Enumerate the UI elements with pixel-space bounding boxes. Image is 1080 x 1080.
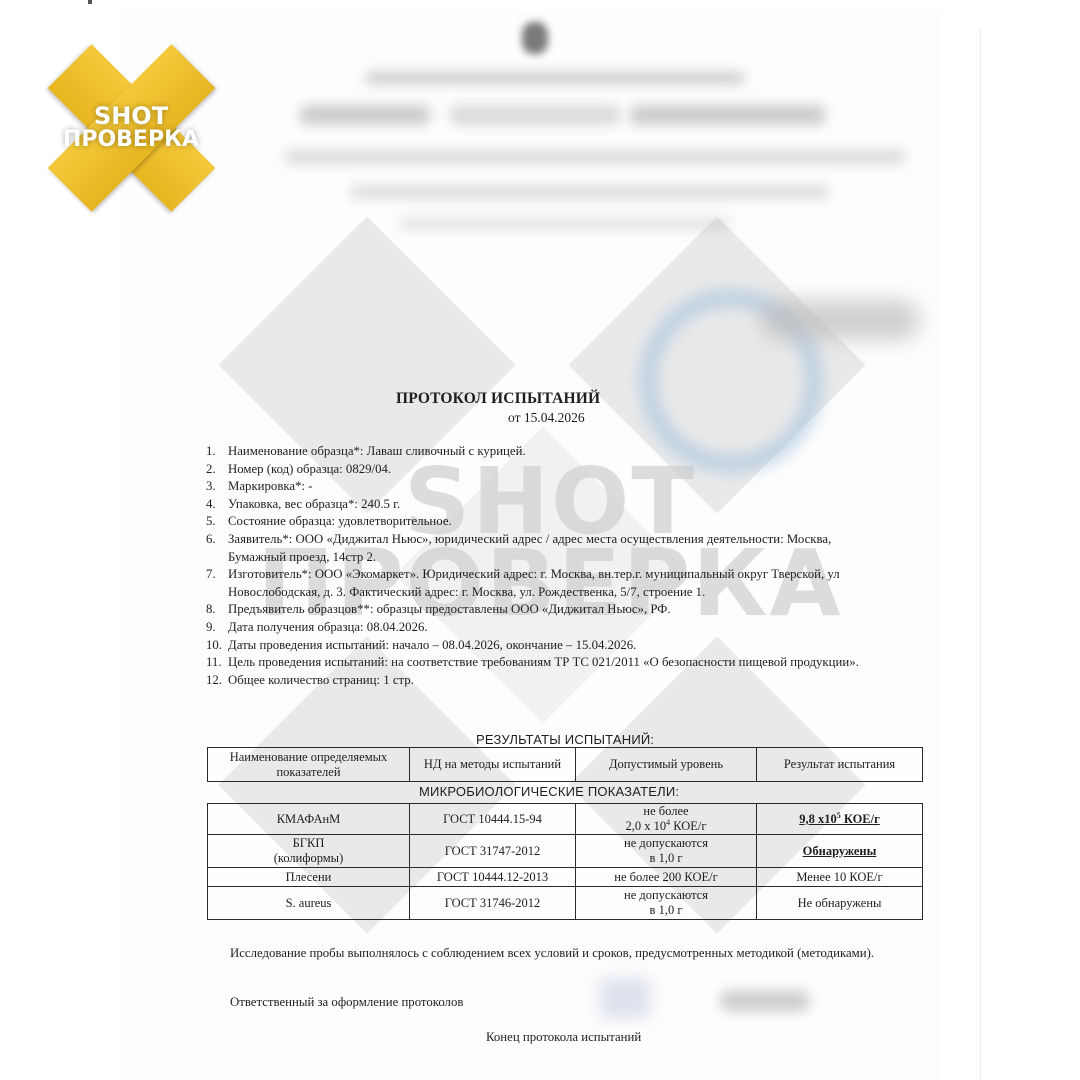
item-number: 3. <box>206 478 228 496</box>
document-date: от 15.04.2026 <box>508 410 585 426</box>
list-item: 3.Маркировка*: - <box>206 478 886 496</box>
item-text: Даты проведения испытаний: начало – 08.0… <box>228 637 886 655</box>
indicator-cell: Плесени <box>208 868 410 887</box>
end-of-protocol: Конец протокола испытаний <box>486 1030 641 1045</box>
logo-line2: ПРОВЕРКА <box>46 129 216 151</box>
emblem-icon <box>522 22 548 54</box>
redacted-header-line <box>365 72 745 84</box>
item-number: 11. <box>206 654 228 672</box>
limit-text: не допускаются <box>624 888 708 902</box>
item-text: Наименование образца*: Лаваш сливочный с… <box>228 443 886 461</box>
indicator-cell: КМАФАнМ <box>208 804 410 835</box>
list-item: 12.Общее количество страниц: 1 стр. <box>206 672 886 690</box>
section-title: МИКРОБИОЛОГИЧЕСКИЕ ПОКАЗАТЕЛИ: <box>419 784 679 799</box>
item-number: 9. <box>206 619 228 637</box>
item-text: Заявитель*: ООО «Диджитал Ньюс», юридиче… <box>228 531 886 566</box>
sample-info-list: 1.Наименование образца*: Лаваш сливочный… <box>206 443 886 689</box>
table-row: КМАФАнМ ГОСТ 10444.15-94 не более 2,0 х … <box>208 804 923 835</box>
list-item: 7.Изготовитель*: ООО «Экомаркет». Юридич… <box>206 566 886 601</box>
indicator-cell: S. aureus <box>208 887 410 920</box>
method-cell: ГОСТ 31747-2012 <box>410 835 576 868</box>
logo-line1: SHOT <box>46 104 216 128</box>
item-number: 1. <box>206 443 228 461</box>
item-number: 12. <box>206 672 228 690</box>
method-cell: ГОСТ 31746-2012 <box>410 887 576 920</box>
method-cell: ГОСТ 10444.15-94 <box>410 804 576 835</box>
item-number: 8. <box>206 601 228 619</box>
method-cell: ГОСТ 10444.12-2013 <box>410 868 576 887</box>
list-item: 2.Номер (код) образца: 0829/04. <box>206 461 886 479</box>
limit-unit: КОЕ/г <box>670 819 706 833</box>
limit-text: в 1,0 г <box>650 903 683 917</box>
item-text: Состояние образца: удовлетворительное. <box>228 513 886 531</box>
limit-text: 2,0 х 10 <box>625 819 666 833</box>
redacted-header-line <box>300 105 430 125</box>
redacted-signature <box>720 990 810 1012</box>
list-item: 10.Даты проведения испытаний: начало – 0… <box>206 637 886 655</box>
result-value: 9,8 х10 <box>799 812 837 826</box>
shot-proverka-logo: SHOT ПРОВЕРКА <box>50 48 212 208</box>
document-title: ПРОТОКОЛ ИСПЫТАНИЙ <box>396 390 600 408</box>
results-table: КМАФАнМ ГОСТ 10444.15-94 не более 2,0 х … <box>207 803 923 920</box>
redacted-header-line <box>400 218 730 230</box>
corner-mark <box>88 0 92 4</box>
result-cell: 9,8 х105 КОЕ/г <box>757 804 923 835</box>
limit-cell: не допускаются в 1,0 г <box>576 887 757 920</box>
item-number: 7. <box>206 566 228 601</box>
header-cell: Результат испытания <box>757 748 923 782</box>
header-cell: Допустимый уровень <box>576 748 757 782</box>
responsible-label: Ответственный за оформление протоколов <box>230 995 463 1010</box>
result-cell: Не обнаружены <box>757 887 923 920</box>
item-number: 5. <box>206 513 228 531</box>
item-text: Изготовитель*: ООО «Экомаркет». Юридичес… <box>228 566 886 601</box>
list-item: 9.Дата получения образца: 08.04.2026. <box>206 619 886 637</box>
redacted-stamp <box>600 978 650 1018</box>
redacted-header-line <box>350 185 830 199</box>
header-cell: НД на методы испытаний <box>410 748 576 782</box>
limit-text: не более <box>643 804 688 818</box>
list-item: 5.Состояние образца: удовлетворительное. <box>206 513 886 531</box>
results-title: РЕЗУЛЬТАТЫ ИСПЫТАНИЙ: <box>476 732 654 747</box>
result-cell: Менее 10 КОЕ/г <box>757 868 923 887</box>
limit-cell: не допускаются в 1,0 г <box>576 835 757 868</box>
redacted-header-line <box>630 105 825 125</box>
result-exceeded: 9,8 х105 КОЕ/г <box>799 812 880 826</box>
list-item: 1.Наименование образца*: Лаваш сливочный… <box>206 443 886 461</box>
list-item: 8.Предъявитель образцов**: образцы предо… <box>206 601 886 619</box>
item-text: Упаковка, вес образца*: 240.5 г. <box>228 496 886 514</box>
list-item: 11.Цель проведения испытаний: на соответ… <box>206 654 886 672</box>
page-edge <box>980 28 981 1080</box>
redacted-header-line <box>450 105 620 125</box>
indicator-text: БГКП <box>293 836 325 850</box>
limit-cell: не более 2,0 х 104 КОЕ/г <box>576 804 757 835</box>
item-number: 4. <box>206 496 228 514</box>
table-row: Плесени ГОСТ 10444.12-2013 не более 200 … <box>208 868 923 887</box>
item-text: Цель проведения испытаний: на соответств… <box>228 654 886 672</box>
limit-text: в 1,0 г <box>650 851 683 865</box>
limit-cell: не более 200 КОЕ/г <box>576 868 757 887</box>
item-text: Номер (код) образца: 0829/04. <box>228 461 886 479</box>
limit-text: не допускаются <box>624 836 708 850</box>
result-exceeded: Обнаружены <box>803 844 877 858</box>
indicator-cell: БГКП (колиформы) <box>208 835 410 868</box>
list-item: 4.Упаковка, вес образца*: 240.5 г. <box>206 496 886 514</box>
redacted-signature <box>760 300 920 340</box>
item-text: Предъявитель образцов**: образцы предост… <box>228 601 886 619</box>
indicator-text: (колиформы) <box>274 851 344 865</box>
item-number: 2. <box>206 461 228 479</box>
item-number: 10. <box>206 637 228 655</box>
header-cell: Наименование определяемых показателей <box>208 748 410 782</box>
table-row: S. aureus ГОСТ 31746-2012 не допускаются… <box>208 887 923 920</box>
item-text: Дата получения образца: 08.04.2026. <box>228 619 886 637</box>
compliance-note: Исследование пробы выполнялось с соблюде… <box>230 944 900 962</box>
table-row: БГКП (колиформы) ГОСТ 31747-2012 не допу… <box>208 835 923 868</box>
item-number: 6. <box>206 531 228 566</box>
item-text: Маркировка*: - <box>228 478 886 496</box>
result-cell: Обнаружены <box>757 835 923 868</box>
item-text: Общее количество страниц: 1 стр. <box>228 672 886 690</box>
redacted-header-line <box>285 150 905 164</box>
results-table-header: Наименование определяемых показателей НД… <box>207 747 923 782</box>
list-item: 6.Заявитель*: ООО «Диджитал Ньюс», юриди… <box>206 531 886 566</box>
result-unit: КОЕ/г <box>841 812 880 826</box>
